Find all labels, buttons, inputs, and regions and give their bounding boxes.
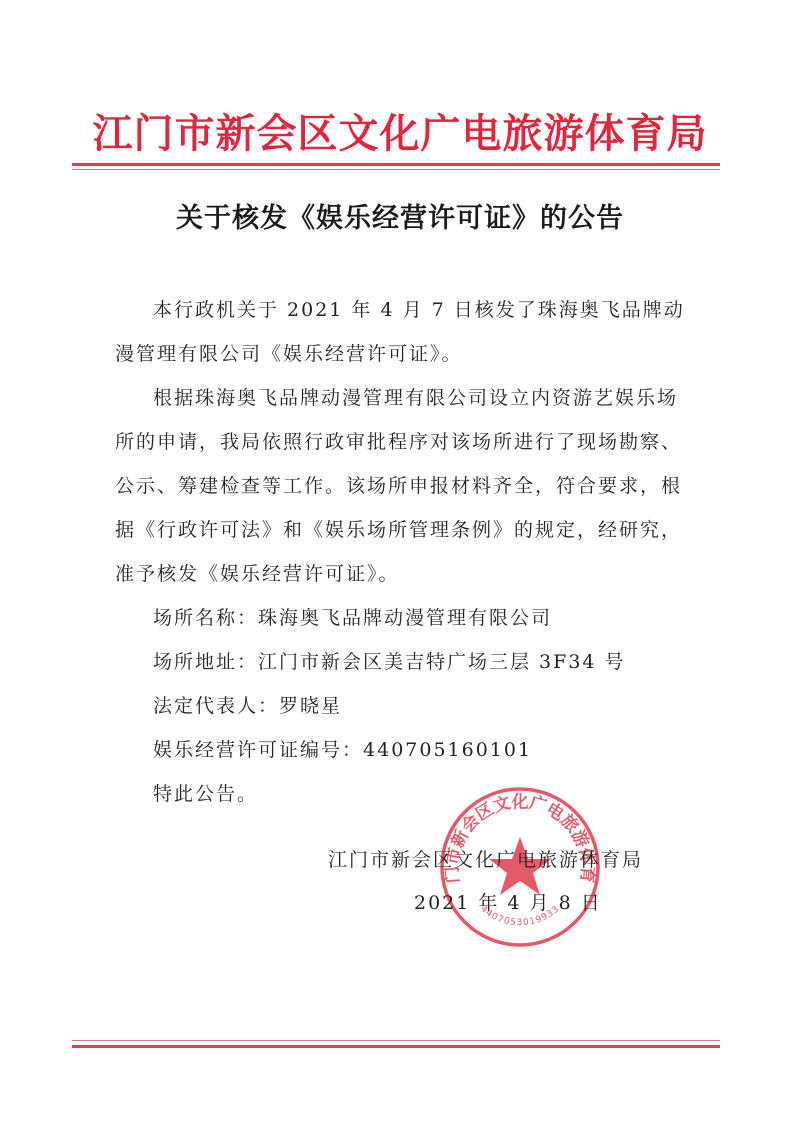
field-value: 罗晓星 <box>279 695 342 717</box>
field-value: 珠海奥飞品牌动漫管理有限公司 <box>258 607 552 629</box>
letterhead-rule-thin <box>72 169 720 170</box>
field-label: 场所名称： <box>153 607 258 629</box>
field-legal-rep: 法定代表人：罗晓星 <box>115 684 695 728</box>
field-label: 场所地址： <box>153 651 258 673</box>
field-venue-address: 场所地址：江门市新会区美吉特广场三层 3F34 号 <box>115 640 695 684</box>
field-value: 江门市新会区美吉特广场三层 3F34 号 <box>258 651 626 673</box>
signature-org: 江门市新会区文化广电旅游体育局 <box>328 845 643 872</box>
letterhead-rule-thick <box>72 163 720 166</box>
document-body: 本行政机关于 2021 年 4 月 7 日核发了珠海奥飞品牌动漫管理有限公司《娱… <box>115 288 695 816</box>
footer-rule-thick <box>72 1045 720 1048</box>
footer-rule-thin <box>72 1040 720 1041</box>
paragraph-2: 根据珠海奥飞品牌动漫管理有限公司设立内资游艺娱乐场所的申请，我局依照行政审批程序… <box>115 376 695 596</box>
closing-line: 特此公告。 <box>115 772 695 816</box>
document-title: 关于核发《娱乐经营许可证》的公告 <box>0 196 800 235</box>
signature-date: 2021 年 4 月 8 日 <box>414 888 602 915</box>
org-letterhead-title: 江门市新会区文化广电旅游体育局 <box>0 102 800 159</box>
field-venue-name: 场所名称：珠海奥飞品牌动漫管理有限公司 <box>115 596 695 640</box>
field-value: 440705160101 <box>363 739 532 761</box>
field-label: 法定代表人： <box>153 695 279 717</box>
paragraph-1: 本行政机关于 2021 年 4 月 7 日核发了珠海奥飞品牌动漫管理有限公司《娱… <box>115 288 695 376</box>
field-label: 娱乐经营许可证编号： <box>153 739 363 761</box>
field-license-number: 娱乐经营许可证编号：440705160101 <box>115 728 695 772</box>
